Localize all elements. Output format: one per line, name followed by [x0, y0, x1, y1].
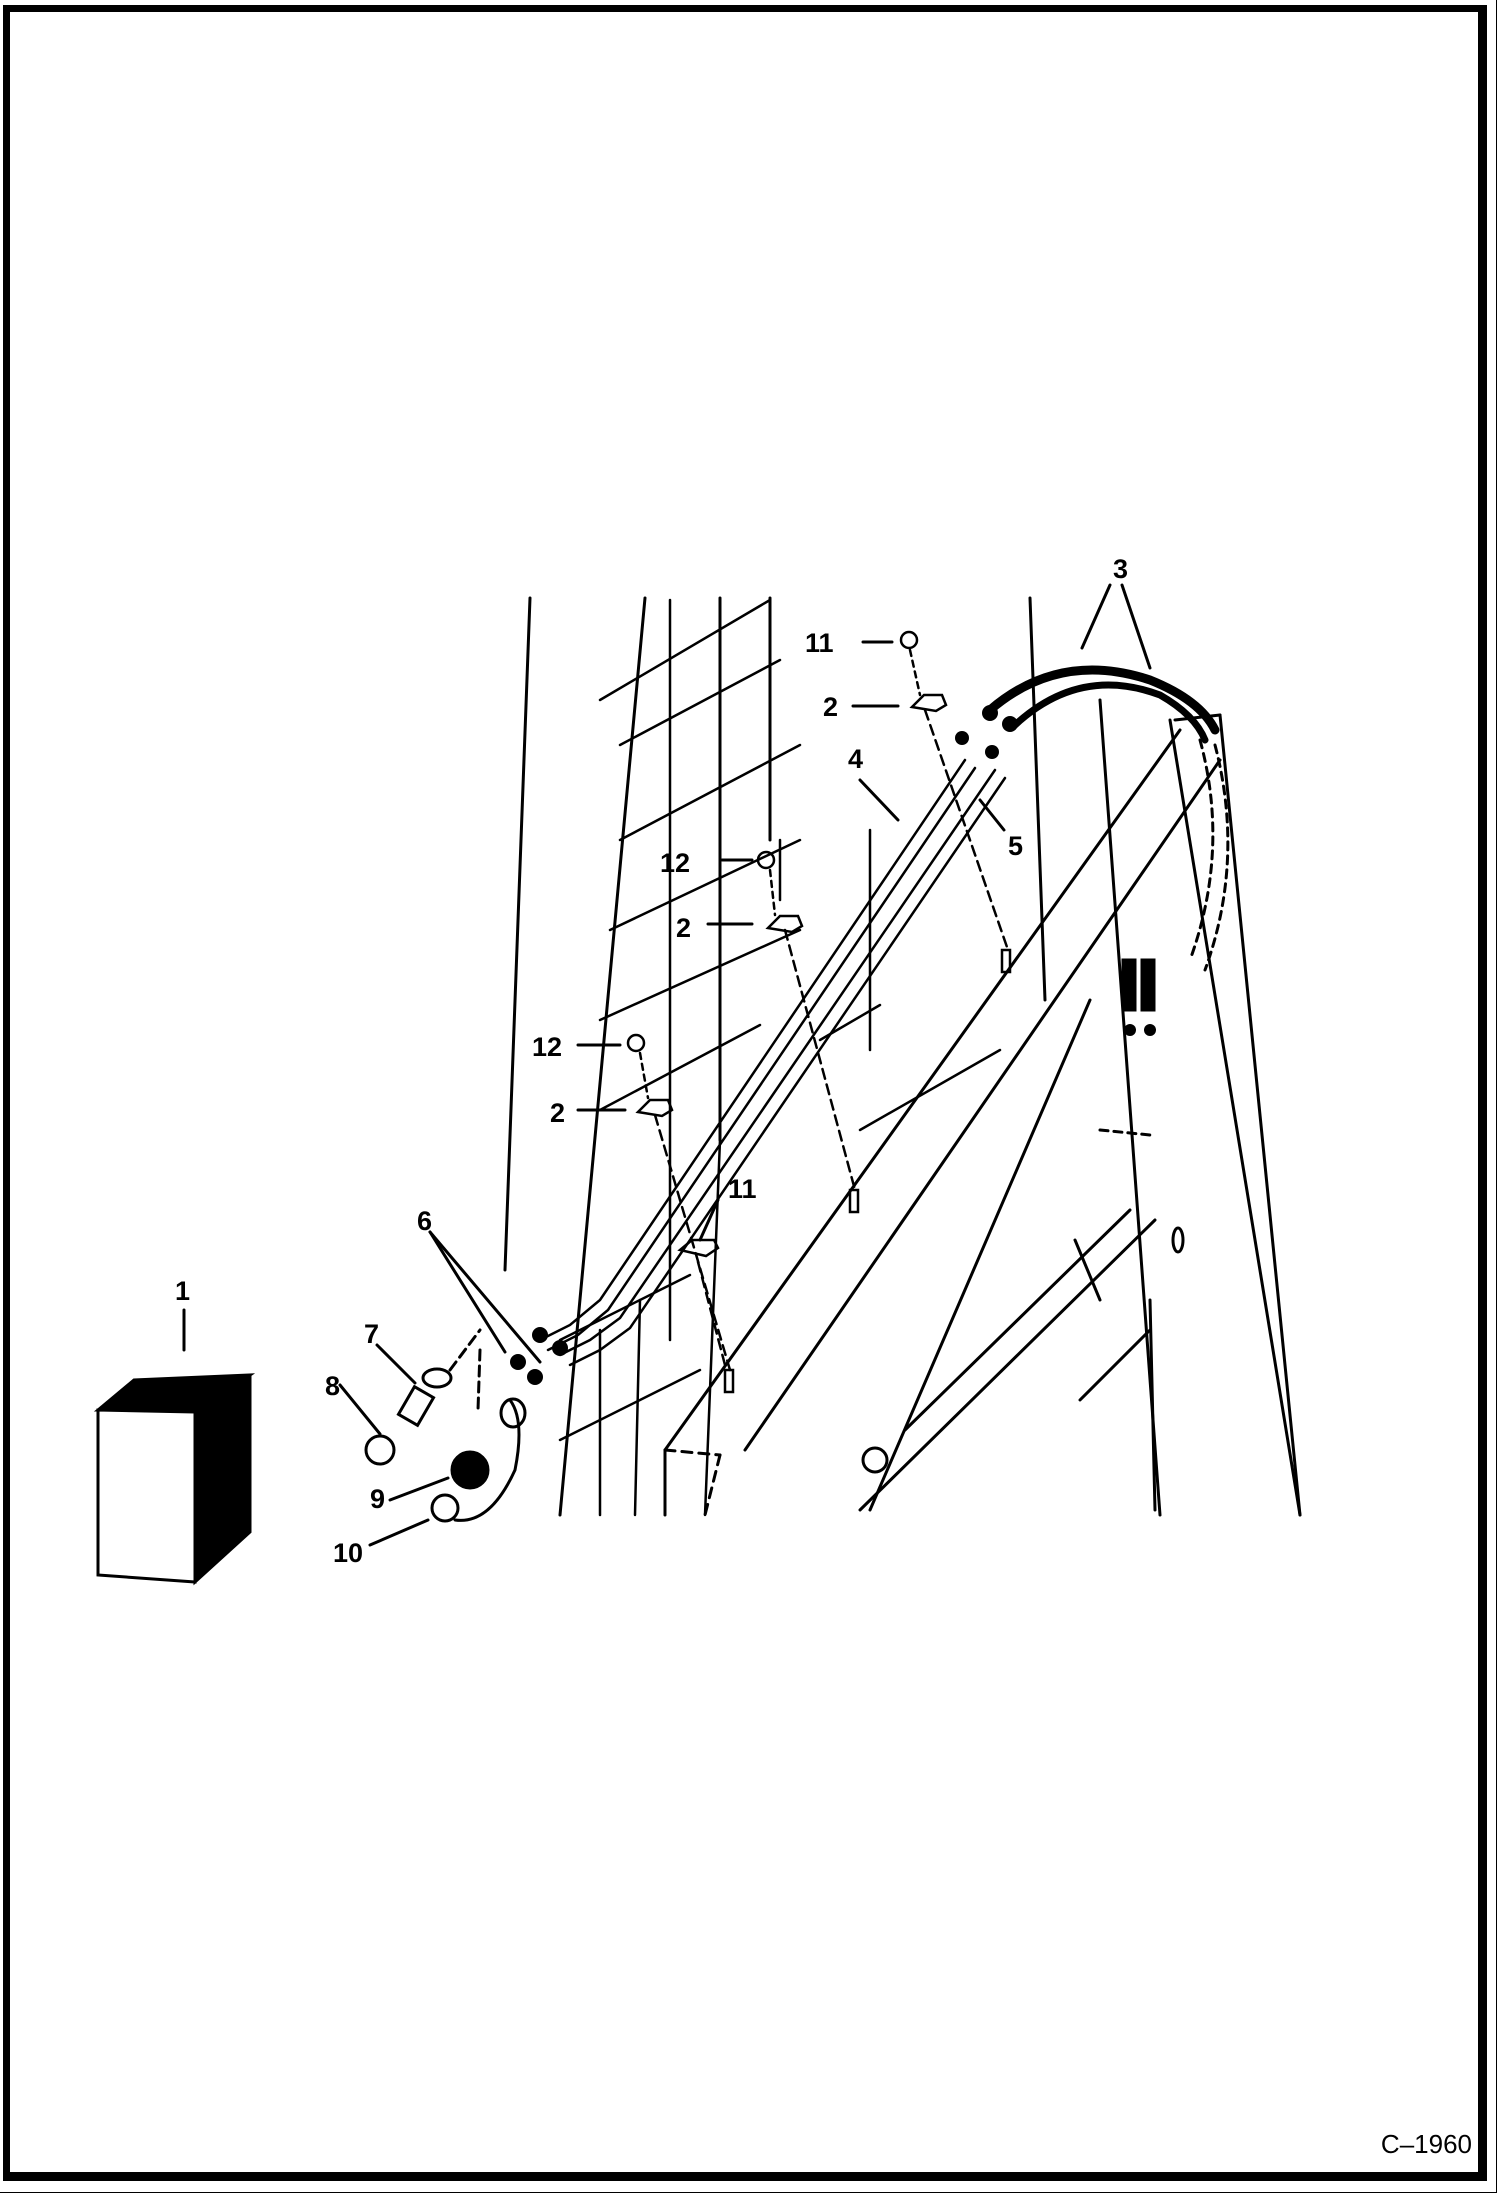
callout-12-middle: 12 — [660, 848, 690, 878]
callout-8: 8 — [325, 1371, 340, 1401]
hidden-hoses — [1100, 740, 1228, 1135]
callout-3: 3 — [1113, 554, 1128, 584]
tube-4-5 — [540, 760, 1005, 1365]
callout-10: 10 — [333, 1538, 363, 1568]
callout-1: 1 — [175, 1276, 190, 1306]
cab-outline — [505, 598, 1300, 1515]
figure-id: C–1960 — [1381, 2129, 1472, 2160]
callout-4: 4 — [848, 744, 863, 774]
parts-diagram: 11 2 3 4 5 12 2 12 2 11 6 7 8 9 10 1 — [0, 0, 1498, 2194]
callout-2-upper: 2 — [823, 692, 838, 722]
callout-2-lower: 2 — [550, 1098, 565, 1128]
callout-12-lower: 12 — [532, 1032, 562, 1062]
callout-2-middle: 2 — [676, 913, 691, 943]
callout-7: 7 — [364, 1319, 379, 1349]
callout-labels: 11 2 3 4 5 12 2 12 2 11 6 7 8 9 10 1 — [175, 554, 1128, 1568]
callout-5: 5 — [1008, 831, 1023, 861]
callout-12-upper: 11 — [805, 628, 834, 658]
callout-9: 9 — [370, 1484, 385, 1514]
callout-6: 6 — [417, 1206, 432, 1236]
callout-11: 11 — [728, 1174, 757, 1204]
kit-box — [0, 1375, 250, 1582]
